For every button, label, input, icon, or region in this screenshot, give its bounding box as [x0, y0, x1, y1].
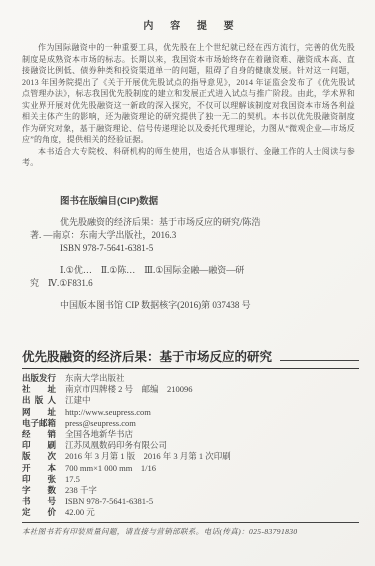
row-value: 17.5: [65, 474, 80, 485]
row-value: 南京市四牌楼 2 号 邮编 210096: [65, 384, 193, 395]
summary-paragraph-1: 作为国际融资中的一种重要工具，优先股在上个世纪就已经在西方流行，完善的优先股制度…: [22, 42, 355, 146]
cip-classification-line-2: 究 Ⅳ.①F831.6: [30, 277, 355, 290]
cip-title-line: 优先股融资的经济后果：基于市场反应的研究/陈浩: [30, 216, 355, 229]
table-row: 字数238 千字: [22, 485, 359, 496]
row-label: 出版发行: [22, 373, 56, 384]
footnote-separator-rule: [22, 522, 359, 523]
row-value: 江苏凤凰数码印务有限公司: [65, 440, 167, 451]
colophon-section: 优先股融资的经济后果：基于市场反应的研究 出版发行东南大学出版社 社址南京市四牌…: [22, 350, 359, 537]
row-label: 网址: [22, 407, 56, 418]
cip-classification-line-1: Ⅰ.①优… Ⅱ.①陈… Ⅲ.①国际金融—融资—研: [30, 264, 355, 277]
row-label: 书号: [22, 496, 56, 507]
publication-info-table: 出版发行东南大学出版社 社址南京市四牌楼 2 号 邮编 210096 出版人江建…: [22, 373, 359, 519]
colophon-title-row: 优先股融资的经济后果：基于市场反应的研究: [22, 350, 359, 365]
summary-paragraph-2: 本书适合大专院校、科研机构的师生使用，也适合从事银行、金融工作的人士阅读与参考。: [22, 146, 355, 169]
table-row: 版次2016 年 3 月第 1 版 2016 年 3 月第 1 次印刷: [22, 451, 359, 462]
row-label: 经销: [22, 429, 56, 440]
row-label: 开本: [22, 463, 56, 474]
content-summary-section: 内 容 提 要 作为国际融资中的一种重要工具，优先股在上个世纪就已经在西方流行，…: [22, 20, 355, 169]
row-value: press@seupress.com: [65, 418, 136, 429]
cip-isbn-line: ISBN 978-7-5641-6381-5: [30, 242, 355, 255]
row-label: 印张: [22, 474, 56, 485]
row-value: 全国各地新华书店: [65, 429, 133, 440]
table-row: 印张17.5: [22, 474, 359, 485]
row-label: 社址: [22, 384, 56, 395]
row-label: 定价: [22, 507, 56, 518]
table-row: 印刷江苏凤凰数码印务有限公司: [22, 440, 359, 451]
row-label: 出版人: [22, 395, 56, 406]
row-value: 238 千字: [65, 485, 97, 496]
row-value: 700 mm×1 000 mm 1/16: [65, 463, 156, 474]
table-row: 经销全国各地新华书店: [22, 429, 359, 440]
book-copyright-page: 内 容 提 要 作为国际融资中的一种重要工具，优先股在上个世纪就已经在西方流行，…: [0, 0, 375, 566]
book-title: 优先股融资的经济后果：基于市场反应的研究: [22, 350, 272, 365]
table-row: 书号ISBN 978-7-5641-6381-5: [22, 496, 359, 507]
cip-record-line: 中国版本图书馆 CIP 数据核字(2016)第 037438 号: [30, 299, 355, 312]
row-label: 电子邮箱: [22, 418, 56, 429]
cip-data-section: 图书在版编目(CIP)数据 优先股融资的经济后果：基于市场反应的研究/陈浩 著.…: [30, 195, 355, 312]
row-value: 2016 年 3 月第 1 版 2016 年 3 月第 1 次印刷: [65, 451, 231, 462]
table-row: 社址南京市四牌楼 2 号 邮编 210096: [22, 384, 359, 395]
row-value: http://www.seupress.com: [65, 407, 151, 418]
row-value: 东南大学出版社: [65, 373, 125, 384]
title-tail-rule: [280, 360, 359, 361]
title-underline-rule: [22, 368, 359, 369]
row-value: 42.00 元: [65, 507, 95, 518]
table-row: 电子邮箱press@seupress.com: [22, 418, 359, 429]
row-value: ISBN 978-7-5641-6381-5: [65, 496, 153, 507]
table-row: 网址http://www.seupress.com: [22, 407, 359, 418]
cip-heading: 图书在版编目(CIP)数据: [30, 195, 355, 208]
summary-heading: 内 容 提 要: [22, 20, 355, 34]
quality-footnote: 本社图书若有印装质量问题，请直接与营销部联系。电话(传真)：025-837918…: [22, 526, 359, 537]
table-row: 出版发行东南大学出版社: [22, 373, 359, 384]
table-row: 开本700 mm×1 000 mm 1/16: [22, 463, 359, 474]
table-row: 出版人江建中: [22, 395, 359, 406]
table-row: 定价42.00 元: [22, 507, 359, 518]
row-label: 印刷: [22, 440, 56, 451]
row-label: 版次: [22, 451, 56, 462]
row-label: 字数: [22, 485, 56, 496]
row-value: 江建中: [65, 395, 91, 406]
cip-author-line: 著. —南京：东南大学出版社，2016.3: [30, 229, 355, 242]
